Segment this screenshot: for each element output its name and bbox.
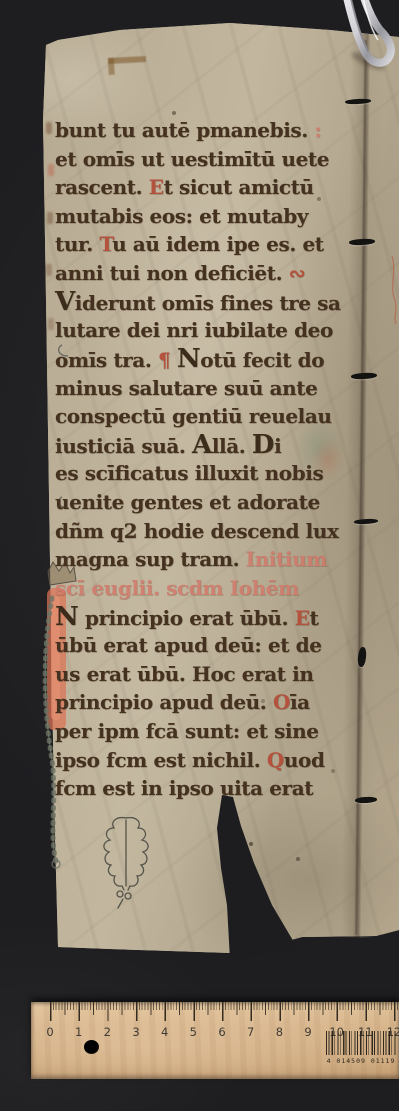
rubric-segment: Initium (246, 547, 327, 571)
text-segment: et omīs ut uestimītū uete (55, 147, 329, 171)
ruler-number: 4 (161, 1025, 168, 1039)
rubric-segment: E (149, 175, 164, 199)
text-segment: omīs tra. (55, 348, 158, 372)
text-segment: V (55, 287, 75, 317)
manuscript-line: N principio erat ūbū. Et (55, 603, 318, 632)
text-segment: ipso fcm est nichil. (55, 748, 267, 772)
ruler-hanging-hole (84, 1040, 99, 1054)
manuscript-line: uenite gentes et adorate (55, 488, 320, 516)
rubric-segment: E (295, 606, 310, 630)
text-segment: iderunt omīs fines tre sa (75, 291, 341, 315)
manuscript-line: omīs tra. ¶ Notū fecit do (55, 345, 324, 374)
manuscript-line: minus salutare suū ante (55, 374, 317, 402)
manuscript-line: Viderunt omīs fines tre sa (55, 288, 341, 317)
text-segment: fcm est in ipso uita erat (55, 776, 313, 800)
barcode-digits: 4 014509 01119 (326, 1057, 396, 1065)
ruler-number: 8 (276, 1025, 283, 1039)
photo-stage: bunt tu autē pmanebis. :et omīs ut uesti… (0, 0, 399, 1111)
ruler-number: 7 (247, 1025, 254, 1039)
manuscript-line: conspectū gentiū reuelau (55, 402, 332, 430)
text-segment: t (310, 606, 319, 630)
text-segment: magna sup tram. (55, 547, 246, 571)
manuscript-line: fcm est in ipso uita erat (55, 774, 313, 802)
barcode: 4 014509 01119 (326, 1031, 396, 1065)
text-segment: A (192, 430, 212, 460)
text-segment: N (177, 344, 200, 374)
text-segment: per ipm fcā sunt: et sine (55, 719, 319, 743)
text-segment: lutare dei nri iubilate deo (55, 318, 333, 342)
text-segment: minus salutare suū ante (55, 376, 317, 400)
manuscript-line: anni tui non deficiēt. ∾ (55, 259, 305, 287)
text-segment: i (274, 434, 281, 458)
ruler-number: 3 (132, 1025, 139, 1039)
ruler-number: 5 (190, 1025, 197, 1039)
manuscript-line: lutare dei nri iubilate deo (55, 316, 333, 344)
metal-clip (326, 0, 399, 110)
rubric-segment: : (308, 118, 322, 142)
manuscript-line: us erat ūbū. Hoc erat in (55, 660, 314, 688)
text-segment: t sicut amictū (164, 175, 314, 199)
rubric-segment: T (99, 232, 112, 256)
red-pen-squiggle (388, 252, 399, 328)
manuscript-line: per ipm fcā sunt: et sine (55, 717, 319, 745)
manuscript-line: magna sup tram. Initium (55, 545, 327, 573)
rubric-segment: Q (267, 748, 284, 772)
text-segment: llā. (212, 434, 252, 458)
text-segment: dñm q2 hodie descend lux (55, 519, 339, 543)
manuscript-line: iusticiā suā. Allā. Di (55, 431, 281, 460)
text-segment: N (55, 602, 78, 632)
text-segment: D (252, 430, 274, 460)
rubric-segment: ¶ (158, 348, 170, 372)
text-segment: tur. (55, 232, 99, 256)
manuscript-line: rascent. Et sicut amictū (55, 173, 314, 201)
text-segment: uod (284, 748, 325, 772)
manuscript-line: bunt tu autē pmanebis. : (55, 116, 321, 144)
oak-leaf-doodle (96, 812, 156, 904)
rubric-segment: O (273, 690, 290, 714)
manuscript-line: et omīs ut uestimītū uete (55, 145, 329, 173)
ruler: 0123456789101112 4 014509 01119 (31, 1002, 399, 1079)
text-segment: uenite gentes et adorate (55, 490, 320, 514)
text-segment: iusticiā suā. (55, 434, 192, 458)
barcode-bars (326, 1031, 396, 1055)
text-segment: otū fecit do (200, 348, 324, 372)
ruler-ticks (31, 1002, 399, 1024)
ruler-number: 0 (46, 1025, 53, 1039)
text-segment: principio erat ūbū. (78, 606, 294, 630)
text-segment (170, 348, 177, 372)
text-segment: anni tui non deficiēt. (55, 261, 289, 285)
text-segment: īa (290, 690, 310, 714)
rubric-segment: scī euglii. scdm Iohēm (55, 576, 299, 600)
text-segment: us erat ūbū. Hoc erat in (55, 662, 314, 686)
manuscript-line: scī euglii. scdm Iohēm (55, 574, 299, 602)
manuscript-line: ipso fcm est nichil. Quod (55, 746, 325, 774)
text-segment: es scīficatus illuxit nobis (55, 461, 323, 485)
text-segment: principio apud deū. (55, 690, 273, 714)
text-segment: rascent. (55, 175, 149, 199)
manuscript-line: es scīficatus illuxit nobis (55, 459, 323, 487)
fly-specks (0, 0, 2, 2)
trimmed-letter-fragments (46, 122, 52, 134)
ruler-number: 1 (75, 1025, 82, 1039)
text-segment: u aū idem ipe es. et (112, 232, 324, 256)
text-segment: bunt tu autē pmanebis. (55, 118, 308, 142)
text-segment: conspectū gentiū reuelau (55, 404, 332, 428)
text-segment: ∾ (289, 261, 305, 285)
manuscript-line: tur. Tu aū idem ipe es. et (55, 230, 324, 258)
text-segment: mutabis eos: et mutaby (55, 204, 308, 228)
manuscript-line: principio apud deū. Oīa (55, 688, 310, 716)
ruler-number: 2 (104, 1025, 111, 1039)
text-segment: ūbū erat apud deū: et de (55, 633, 322, 657)
ruler-number: 6 (218, 1025, 225, 1039)
ruler-number: 9 (304, 1025, 311, 1039)
manuscript-line: dñm q2 hodie descend lux (55, 517, 339, 545)
manuscript-line: mutabis eos: et mutaby (55, 202, 308, 230)
manuscript-line: ūbū erat apud deū: et de (55, 631, 322, 659)
